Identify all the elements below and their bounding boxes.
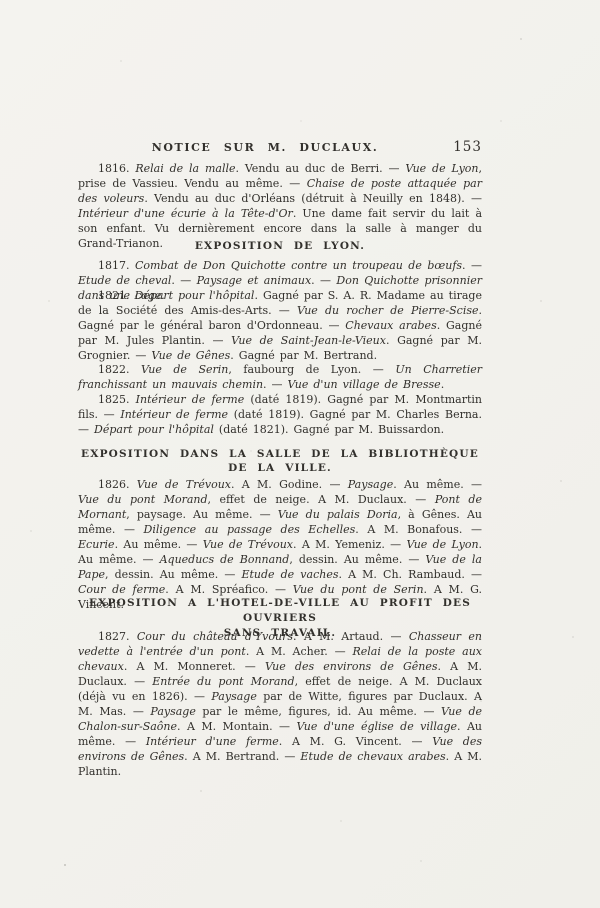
heading-line: EXPOSITION DANS LA SALLE DE LA BIBLIOTHÈ… [78,447,482,461]
body-text: 1821. [98,289,135,302]
work-title: Vue de Serin [141,363,228,376]
work-title: Vue d'un village de Bresse [288,378,441,391]
work-title: Paysage [348,478,393,491]
work-title: Etude de vaches [241,568,338,581]
body-text: . A M. G. Vincent. — [279,735,432,748]
work-title: Vue de Lyon [406,538,478,551]
work-title: Diligence au passage des Echelles [144,523,356,536]
work-title: Vue des environs de Gênes [265,660,438,673]
body-text: par le même, figures, id. Au même. — [196,705,441,718]
work-title: Entrée du pont Morand [152,675,294,688]
body-text: , faubourg de Lyon. — [228,363,395,376]
body-text: 1827. [98,630,137,643]
body-text: . — [462,259,482,272]
body-text: . — [311,274,336,287]
work-title: Départ pour l'hôpital [135,289,255,302]
work-title: Départ pour l'hôpital [94,423,214,436]
work-title: Intérieur d'une ferme [146,735,279,748]
paragraph-1827: 1827. Cour du château d'Yvours. A M. Art… [78,629,482,779]
work-title: Vue du rocher de Pierre-Scise [297,304,479,317]
work-title: Paysage et animaux [197,274,312,287]
paper-speckles [0,0,2,2]
work-title: Relai de la malle [135,162,235,175]
body-text: . A M. Montain. — [177,720,296,733]
work-title: Aqueducs de Bonnand [160,553,290,566]
heading-line: EXPOSITION A L'HOTEL-DE-VILLE AU PROFIT … [78,596,482,626]
body-text: . — [171,274,196,287]
paragraph-1822: 1822. Vue de Serin, faubourg de Lyon. — … [78,362,482,392]
body-text: . Vendu au duc d'Orléans (détruit à Neui… [144,192,482,205]
work-title: Etude de chevaux arabes [300,750,445,763]
work-title: Cour du château d'Yvours [137,630,293,643]
body-text: 1817. [98,259,135,272]
work-title: Paysage [211,690,256,703]
scanned-book-page: NOTICE SUR M. DUCLAUX. 153 1816. Relai d… [0,0,600,908]
body-text: . A M. Bonafous. — [355,523,482,536]
work-title: Ecurie [78,538,115,551]
section-heading-bibliotheque: EXPOSITION DANS LA SALLE DE LA BIBLIOTHÈ… [78,447,482,475]
body-text: . Au même. — [115,538,203,551]
section-heading-exposition-lyon: EXPOSITION DE LYON. [78,239,482,254]
body-text: . A M. Spréafico. — [165,583,292,596]
work-title: Etude de cheval [78,274,171,287]
body-text: 1826. [98,478,137,491]
work-title: Intérieur de ferme [120,408,228,421]
work-title: Vue du palais Doria [278,508,398,521]
heading-line: EXPOSITION DE LYON. [78,239,482,254]
body-text: , dessin. Au même. — [105,568,241,581]
page-header: NOTICE SUR M. DUCLAUX. 153 [78,141,482,159]
work-title: Vue de Gênes [151,349,230,362]
body-text: , dessin. Au même. — [289,553,425,566]
heading-line: DE LA VILLE. [78,461,482,475]
work-title: Vue de Saint-Jean-le-Vieux [231,334,386,347]
body-text: . [441,378,445,391]
body-text: . A M. Acher. — [246,645,353,658]
body-text: 1816. [98,162,135,175]
work-title: Intérieur d'une écurie à la Tête-d'Or [78,207,293,220]
body-text: . A M. Yemeniz. — [293,538,406,551]
body-text: . Gagné par M. Bertrand. [230,349,377,362]
work-title: Vue de Trévoux [203,538,293,551]
work-title: Vue d'une église de village [297,720,458,733]
work-title: Intérieur de ferme [136,393,245,406]
work-title: Vue du pont Morand [78,493,208,506]
page-number: 153 [453,139,482,155]
body-text: (daté 1821). Gagné par M. Buissardon. [214,423,444,436]
body-text: . A M. Godine. — [231,478,348,491]
body-text: . A M. Artaud. — [293,630,409,643]
body-text: . A M. Monneret. — [124,660,265,673]
body-text: 1825. [98,393,136,406]
work-title: Vue de Lyon [405,162,478,175]
paragraph-1825: 1825. Intérieur de ferme (daté 1819). Ga… [78,392,482,437]
body-text: . — [263,378,288,391]
work-title: Vue du pont de Serin [293,583,424,596]
paragraph-1816: 1816. Relai de la malle. Vendu au duc de… [78,161,482,251]
body-text: . Au même. — [393,478,482,491]
work-title: Vue de Trévoux [137,478,231,491]
body-text: , paysage. Au même. — [126,508,277,521]
work-title: Paysage [150,705,195,718]
body-text: . A M. Ch. Rambaud. — [338,568,482,581]
body-text: . A M. Bertrand. — [184,750,300,763]
work-title: Chevaux arabes [345,319,436,332]
work-title: Cour de ferme [78,583,165,596]
body-text: . Vendu au duc de Berri. — [236,162,406,175]
running-header: NOTICE SUR M. DUCLAUX. [78,141,482,154]
body-text: , effet de neige. A M. Duclaux. — [208,493,435,506]
body-text: 1822. [98,363,141,376]
paragraph-1826: 1826. Vue de Trévoux. A M. Godine. — Pay… [78,477,482,612]
paragraph-1821: 1821. Départ pour l'hôpital. Gagné par S… [78,288,482,363]
work-title: Combat de Don Quichotte contre un troupe… [135,259,462,272]
